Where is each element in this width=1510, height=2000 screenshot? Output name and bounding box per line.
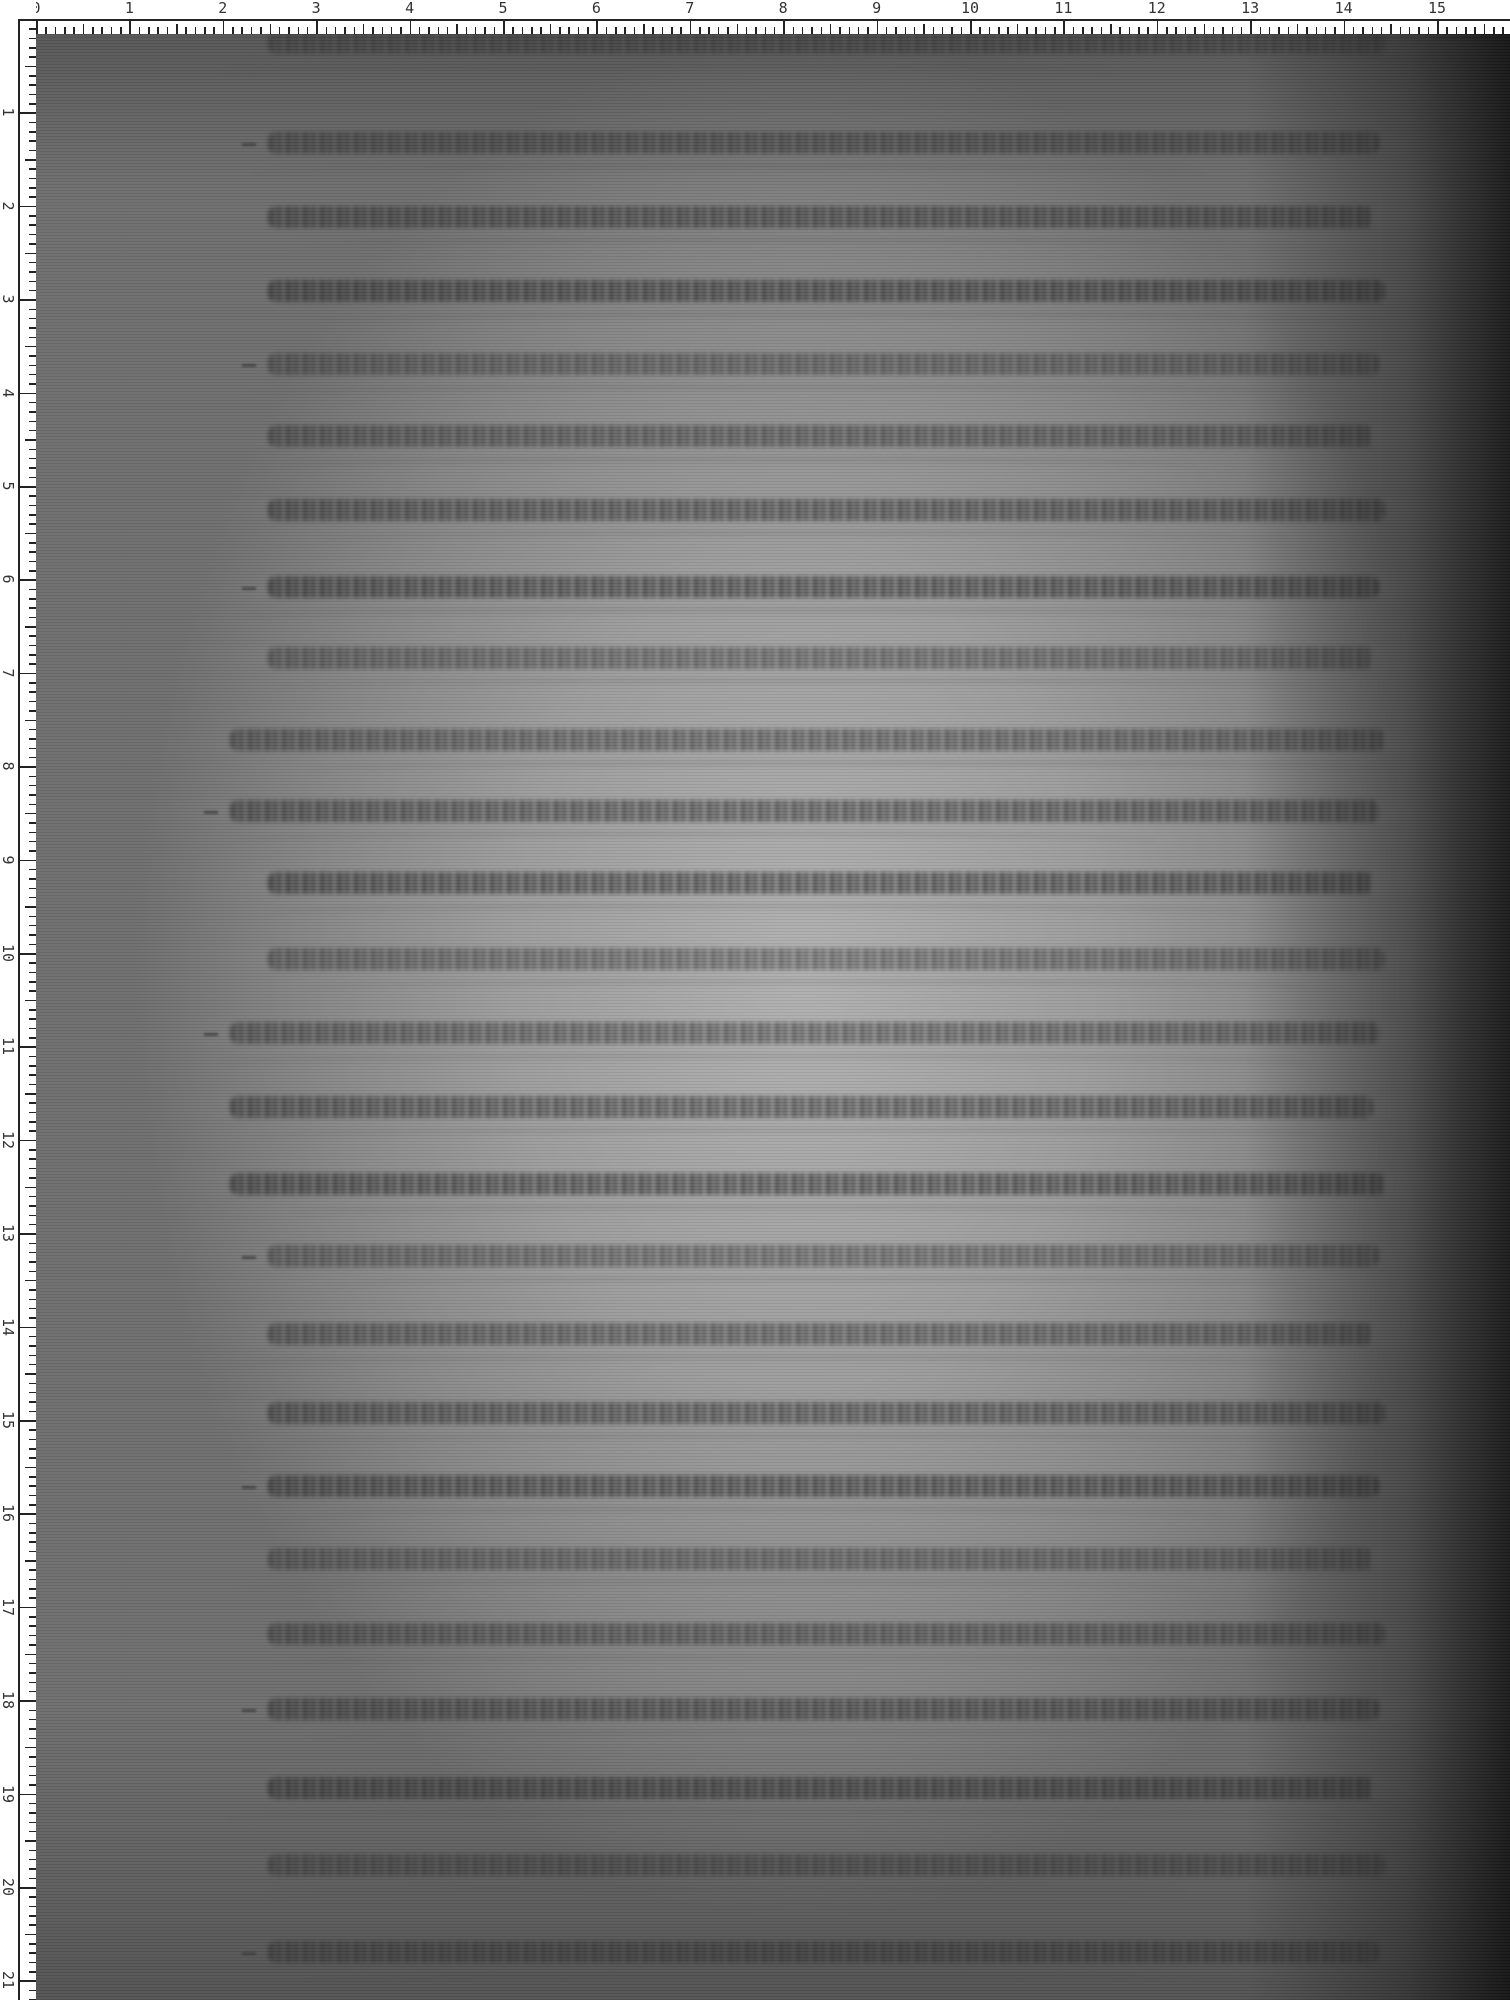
ruler-tick [1082,27,1084,34]
ruler-tick [29,47,36,49]
ruler-tick [20,486,36,488]
margin-dash [242,587,256,590]
ruler-tick [29,878,36,880]
ruler-tick [29,1663,36,1665]
ruler-tick [484,27,486,34]
ruler-tick [167,27,169,34]
ruler-tick [29,1812,36,1814]
ruler-tick [989,27,991,34]
ruler-tick [858,27,860,34]
ruler-tick [466,27,468,34]
ruler-tick [29,589,36,591]
ruler-tick [29,243,36,245]
ruler-tick [1437,20,1439,34]
ruler-tick [20,1513,36,1515]
ruler-tick [568,27,570,34]
ruler-tick [25,1000,36,1002]
ruler-tick [29,430,36,432]
ruler-tick [157,27,159,34]
ruler-tick [1138,27,1140,34]
ruler-tick [662,27,664,34]
ruler-tick [1119,27,1121,34]
undertext-trace [281,458,1196,476]
ruler-tick [29,94,36,96]
ruler-tick [29,990,36,992]
ruler-tick [1484,24,1486,34]
ruler-tick [774,27,776,34]
ruler-tick [29,1289,36,1291]
ruler-tick [29,458,36,460]
ruler-tick [20,1420,36,1422]
ruler-tick [1232,27,1234,34]
ruler-tick [475,27,477,34]
ruler-tick [326,27,328,34]
ruler-tick [886,27,888,34]
ruler-tick [447,27,449,34]
ruler-tick [29,1971,36,1973]
top-ruler-label: 3 [312,0,321,16]
ruler-tick [1185,27,1187,34]
ruler-tick [1222,27,1224,34]
ruler-tick [20,1233,36,1235]
ruler-tick [29,888,36,890]
ruler-tick [29,1952,36,1954]
ruler-tick [559,27,561,34]
vignette-bottom [36,1700,1510,2000]
ruler-tick [29,383,36,385]
ruler-tick [73,27,75,34]
top-ruler-label: 11 [1054,0,1072,16]
ruler-tick [29,1943,36,1945]
ruler-tick [204,27,206,34]
ruler-tick [25,253,36,255]
ruler-tick [1297,24,1299,34]
manuscript-text-line [268,948,1385,970]
ruler-tick [793,27,795,34]
manuscript-text-line [268,1245,1379,1267]
ruler-tick [1325,27,1327,34]
ruler-tick [29,934,36,936]
ruler-tick [1409,27,1411,34]
ruler-tick [29,1448,36,1450]
ruler-tick [29,271,36,273]
ruler-tick [1194,27,1196,34]
left-ruler-label: 11 [0,1037,16,1055]
ruler-tick [25,1840,36,1842]
undertext-trace [264,1887,1186,1905]
ruler-tick [1269,27,1271,34]
ruler-tick [148,27,150,34]
ruler-tick [540,27,542,34]
margin-dash [242,143,256,146]
ruler-tick [951,27,953,34]
ruler-tick [29,1028,36,1030]
ruler-tick [29,1364,36,1366]
ruler-tick [29,1766,36,1768]
undertext-trace [282,1435,1386,1453]
ruler-tick [29,1691,36,1693]
ruler-tick [29,449,36,451]
ruler-tick [29,1130,36,1132]
ruler-tick [20,1887,36,1889]
ruler-tick [29,645,36,647]
manuscript-text-line [230,1096,1373,1118]
ruler-tick [29,869,36,871]
ruler-tick [1260,27,1262,34]
ruler-tick [29,1065,36,1067]
top-ruler-label: 5 [498,0,507,16]
ruler-tick [29,822,36,824]
left-ruler-label: 10 [0,944,16,962]
ruler-tick [29,1411,36,1413]
ruler-tick [20,1046,36,1048]
ruler-tick [512,27,514,34]
ruler-tick [29,281,36,283]
left-ruler-label: 4 [0,388,16,397]
ruler-tick [29,56,36,58]
ruler-tick [503,20,505,34]
ruler-tick [29,776,36,778]
ruler-tick [29,1775,36,1777]
undertext-trace [244,386,1356,404]
undertext-trace [253,165,1206,183]
ruler-tick [25,1747,36,1749]
ruler-tick [29,196,36,198]
ruler-tick [811,27,813,34]
manuscript-text-line [268,1548,1373,1570]
ruler-tick [92,27,94,34]
left-ruler-label: 9 [0,855,16,864]
ruler-tick [25,906,36,908]
ruler-tick [29,1756,36,1758]
ruler-tick [29,832,36,834]
undertext-trace [245,1356,1296,1374]
ruler-tick [1474,27,1476,34]
ruler-tick [1344,20,1346,34]
manuscript-text-line [268,1698,1379,1720]
margin-dash [242,1709,256,1712]
left-ruler-label: 15 [0,1411,16,1429]
ruler-tick [961,27,963,34]
ruler-tick [20,299,36,301]
top-ruler-label: 9 [872,0,881,16]
top-ruler-label: 4 [405,0,414,16]
ruler-tick [223,20,225,34]
ruler-tick [29,925,36,927]
ruler-tick [1241,27,1243,34]
ruler-tick [29,421,36,423]
ruler-tick [1456,27,1458,34]
ruler-tick [895,27,897,34]
ruler-tick [29,38,36,40]
ruler-tick [101,27,103,34]
top-ruler-label: 10 [961,0,979,16]
ruler-tick [25,1280,36,1282]
ruler-tick [29,1635,36,1637]
left-ruler-label: 6 [0,575,16,584]
ruler-tick [531,27,533,34]
undertext-trace [290,239,1296,257]
ruler-tick [1502,27,1504,34]
ruler-tick [120,27,122,34]
ruler-tick [25,720,36,722]
ruler-tick [29,785,36,787]
left-ruler-label: 2 [0,201,16,210]
ruler-tick [29,635,36,637]
ruler-tick [25,1654,36,1656]
manuscript-text-line [268,647,1373,669]
ruler-tick [29,1831,36,1833]
ruler-tick [1035,27,1037,34]
undertext-trace [310,1731,1376,1749]
ruler-tick [1446,27,1448,34]
ruler-tick [923,24,925,34]
ruler-tick [29,1682,36,1684]
ruler-tick [29,290,36,292]
ruler-tick [29,150,36,152]
ruler-tick [29,598,36,600]
ruler-tick [1157,20,1159,34]
undertext-trace [318,532,1286,550]
ruler-tick [1129,27,1131,34]
ruler-tick [20,19,36,21]
undertext-trace [226,833,1156,851]
ruler-tick [251,27,253,34]
ruler-tick [20,206,36,208]
ruler-tick [1017,24,1019,34]
ruler-tick [29,542,36,544]
ruler-tick [1400,27,1402,34]
ruler-tick [29,1504,36,1506]
ruler-tick [29,1710,36,1712]
ruler-tick [522,27,524,34]
ruler-tick [29,1121,36,1123]
undertext-trace [227,1810,1346,1828]
ruler-tick [877,20,879,34]
ruler-tick [867,27,869,34]
ruler-tick [438,27,440,34]
ruler-tick [29,28,36,30]
top-ruler-label: 7 [685,0,694,16]
top-ruler: 012345678910111213141516 [0,0,1510,34]
ruler-tick [29,1896,36,1898]
top-ruler-label: 12 [1148,0,1166,16]
ruler-tick [624,27,626,34]
undertext-trace [327,313,1386,331]
left-ruler-label: 13 [0,1224,16,1242]
ruler-tick [29,1215,36,1217]
ruler-tick [596,20,598,34]
ruler-tick [1334,27,1336,34]
ruler-tick [29,617,36,619]
ruler-tick [29,262,36,264]
ruler-tick [29,402,36,404]
ruler-tick [25,1560,36,1562]
ruler-tick [1026,27,1028,34]
left-ruler-label: 5 [0,481,16,490]
undertext-trace [291,1206,1236,1224]
ruler-tick [1493,27,1495,34]
ruler-tick [746,27,748,34]
ruler-tick [29,1784,36,1786]
left-ruler-label: 8 [0,762,16,771]
left-ruler-label: 1 [0,108,16,117]
manuscript-text-line [268,499,1385,521]
ruler-tick [933,27,935,34]
ruler-tick [29,1084,36,1086]
ruler-tick [25,1093,36,1095]
ruler-tick [830,24,832,34]
ruler-tick [29,514,36,516]
ruler-tick [279,27,281,34]
ruler-tick [29,337,36,339]
ruler-tick [29,1822,36,1824]
ruler-tick [1110,24,1112,34]
top-ruler-label: 8 [779,0,788,16]
top-ruler-label: 15 [1428,0,1446,16]
ruler-tick [20,579,36,581]
left-ruler-label: 17 [0,1598,16,1616]
ruler-tick [29,374,36,376]
ruler-tick [29,561,36,563]
ruler-tick [29,1532,36,1534]
ruler-tick [1147,27,1149,34]
ruler-tick [20,393,36,395]
ruler-tick [232,27,234,34]
ruler-tick [29,1168,36,1170]
ruler-tick [20,860,36,862]
top-ruler-label: 1 [125,0,134,16]
ruler-tick [1101,27,1103,34]
ruler-tick [29,1271,36,1273]
ruler-tick [29,1644,36,1646]
margin-dash [242,1486,256,1489]
ruler-tick [29,75,36,77]
ruler-tick [29,1401,36,1403]
ruler-tick [29,140,36,142]
ruler-tick [36,20,38,34]
manuscript-text-line [268,34,1385,54]
ruler-tick [1166,27,1168,34]
ruler-tick [129,20,131,34]
ruler-tick [29,1317,36,1319]
ruler-tick [29,551,36,553]
ruler-tick [1353,27,1355,34]
ruler-tick [29,1252,36,1254]
ruler-tick [29,1579,36,1581]
ruler-tick [1306,27,1308,34]
ruler-tick [29,1719,36,1721]
ruler-tick [737,24,739,34]
ruler-tick [29,607,36,609]
ruler-tick [20,1980,36,1982]
ruler-tick [727,27,729,34]
ruler-tick [29,804,36,806]
ruler-tick [29,411,36,413]
top-ruler-label: 14 [1335,0,1353,16]
ruler-tick [755,27,757,34]
ruler-tick [29,1037,36,1039]
manuscript-text-line [268,206,1373,228]
manuscript-image [36,34,1510,2000]
ruler-tick [400,27,402,34]
ruler-tick [391,27,393,34]
ruler-tick [428,27,430,34]
ruler-tick [802,27,804,34]
ruler-tick [372,27,374,34]
top-ruler-label: 13 [1241,0,1259,16]
ruler-tick [25,1934,36,1936]
ruler-tick [29,1476,36,1478]
ruler-tick [29,523,36,525]
ruler-tick [29,850,36,852]
left-ruler-label: 16 [0,1504,16,1522]
ruler-tick [998,27,1000,34]
ruler-tick [29,710,36,712]
undertext-trace [300,981,1336,999]
ruler-tick [29,1177,36,1179]
ruler-tick [29,1009,36,1011]
ruler-tick [849,27,851,34]
ruler-tick [29,1299,36,1301]
ruler-tick [29,1355,36,1357]
ruler-tick [29,897,36,899]
ruler-tick [1316,27,1318,34]
left-ruler-label: 7 [0,668,16,677]
ruler-tick [29,1728,36,1730]
left-ruler: 123456789101112131415161718192021 [0,0,36,2000]
undertext-trace [301,1974,1276,1992]
ruler-tick [29,1196,36,1198]
ruler-tick [1250,20,1252,34]
ruler-tick [29,234,36,236]
ruler-tick [29,757,36,759]
ruler-tick [699,27,701,34]
ruler-tick [1428,27,1430,34]
ruler-tick [494,27,496,34]
ruler-tick [29,1308,36,1310]
manuscript-text-line [230,800,1379,822]
ruler-tick [25,66,36,68]
ruler-tick [29,916,36,918]
ruler-tick [64,27,66,34]
ruler-tick [25,626,36,628]
ruler-tick [914,27,916,34]
manuscript-text-line [230,1022,1379,1044]
manuscript-text-line [268,1402,1385,1424]
ruler-tick [718,27,720,34]
ruler-tick [671,27,673,34]
ruler-tick [29,663,36,665]
ruler-tick [29,1495,36,1497]
ruler-tick [821,27,823,34]
ruler-tick [29,1056,36,1058]
margin-dash [204,811,218,814]
ruler-tick [419,27,421,34]
ruler-tick [29,1074,36,1076]
ruler-tick [382,27,384,34]
manuscript-text-line [268,353,1379,375]
ruler-tick [29,1102,36,1104]
ruler-tick [1204,24,1206,34]
ruler-tick [29,1336,36,1338]
ruler-tick [270,24,272,34]
ruler-tick [185,27,187,34]
manuscript-text-line [268,1475,1379,1497]
ruler-tick [241,27,243,34]
ruler-tick [29,701,36,703]
ruler-tick [29,355,36,357]
